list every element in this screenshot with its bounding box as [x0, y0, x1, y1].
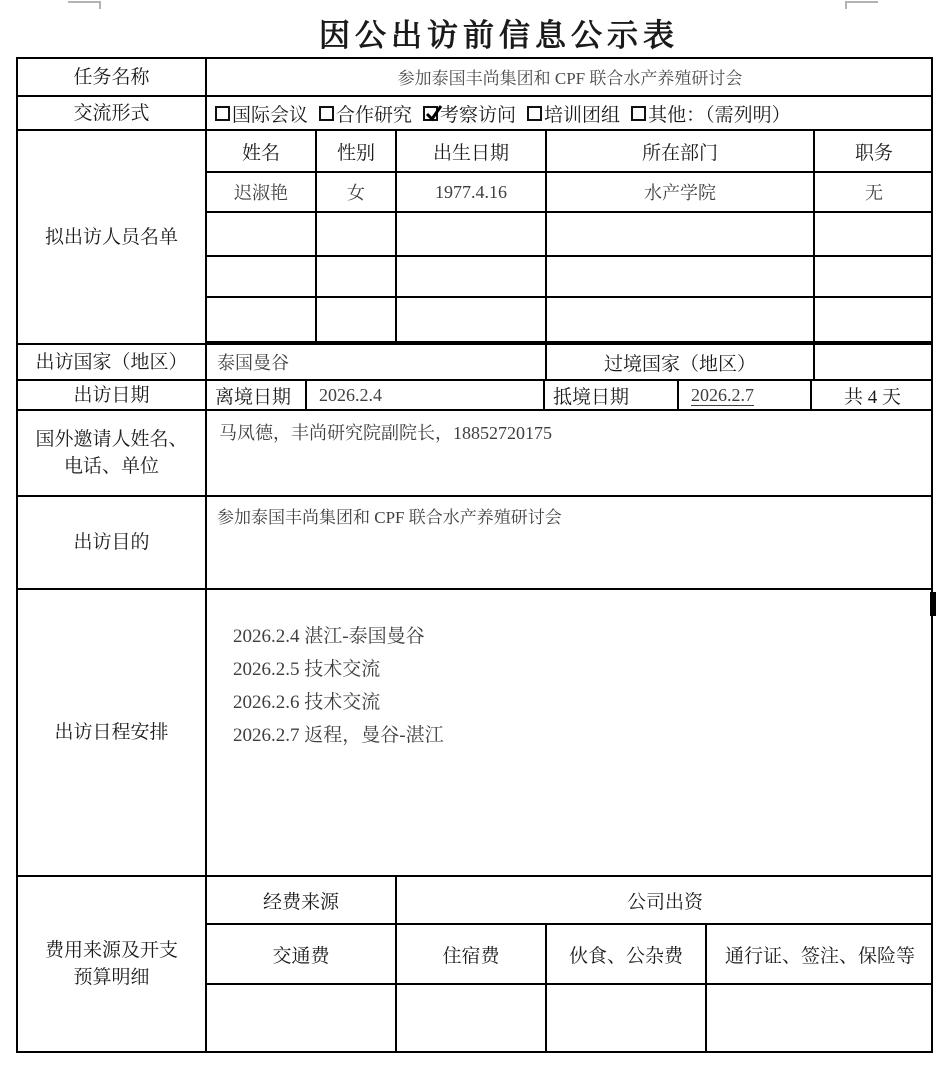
row-personnel: 拟出访人员名单 姓名 性别 出生日期 所在部门 职务 迟淑艳 女 1977.4.…	[18, 131, 931, 345]
budget-header-meals: 伙食、公杂费	[547, 925, 707, 983]
personnel-position-cell[interactable]	[815, 298, 933, 341]
personnel-row: 迟淑艳 女 1977.4.16 水产学院 无	[207, 173, 933, 213]
itinerary-label: 出访日程安排	[18, 590, 207, 875]
margin-mark-right	[845, 1, 878, 9]
budget-source-value[interactable]: 公司出资	[397, 877, 933, 923]
personnel-department-cell[interactable]: 水产学院	[547, 173, 815, 211]
personnel-gender-cell[interactable]	[317, 257, 397, 296]
budget-label: 费用来源及开支 预算明细	[18, 877, 207, 1051]
checkbox-option-label: 国际会议	[232, 100, 308, 127]
inviter-label: 国外邀请人姓名、 电话、单位	[18, 411, 207, 495]
itinerary-line: 2026.2.4 湛江-泰国曼谷	[233, 620, 425, 653]
purpose-value[interactable]: 参加泰国丰尚集团和 CPF 联合水产养殖研讨会	[207, 497, 933, 588]
personnel-department-cell[interactable]	[547, 298, 815, 341]
budget-visa-value[interactable]	[707, 985, 933, 1051]
personnel-header-birthdate: 出生日期	[397, 131, 547, 171]
personnel-table: 姓名 性别 出生日期 所在部门 职务 迟淑艳 女 1977.4.16 水产学院 …	[207, 131, 933, 343]
row-exchange-type: 交流形式 国际会议 合作研究 考察访问	[18, 97, 931, 131]
checkbox-icon[interactable]	[423, 106, 438, 121]
personnel-department-cell[interactable]	[547, 213, 815, 255]
budget-header-lodging: 住宿费	[397, 925, 547, 983]
checkbox-option: 国际会议	[215, 100, 308, 127]
personnel-birthdate-cell[interactable]	[397, 298, 547, 341]
duration-value: 共 4 天	[812, 381, 933, 409]
itinerary-line: 2026.2.6 技术交流	[233, 686, 380, 719]
personnel-header-gender: 性别	[317, 131, 397, 171]
personnel-gender-cell[interactable]	[317, 213, 397, 255]
exchange-type-options: 国际会议 合作研究 考察访问 培训团组	[207, 97, 933, 129]
personnel-row	[207, 257, 933, 298]
arrival-date-label: 抵境日期	[545, 381, 679, 409]
budget-meals-value[interactable]	[547, 985, 707, 1051]
personnel-birthdate-cell[interactable]: 1977.4.16	[397, 173, 547, 211]
checkbox-icon[interactable]	[319, 106, 334, 121]
margin-mark-left	[68, 1, 101, 9]
budget-table: 经费来源 公司出资 交通费 住宿费 伙食、公杂费 通行证、签注、保险等	[207, 877, 933, 1051]
departure-date-label: 离境日期	[207, 381, 307, 409]
personnel-position-cell[interactable]: 无	[815, 173, 933, 211]
transit-value[interactable]	[815, 345, 933, 379]
dates-label: 出访日期	[18, 381, 207, 409]
checkbox-option-label: 考察访问	[440, 100, 516, 127]
row-task-name: 任务名称 参加泰国丰尚集团和 CPF 联合水产养殖研讨会	[18, 59, 931, 97]
checkbox-option: 合作研究	[319, 100, 412, 127]
personnel-row	[207, 213, 933, 257]
task-name-value[interactable]: 参加泰国丰尚集团和 CPF 联合水产养殖研讨会	[207, 59, 933, 95]
checkbox-icon[interactable]	[527, 106, 542, 121]
checkbox-option-label: 合作研究	[336, 100, 412, 127]
row-inviter: 国外邀请人姓名、 电话、单位 马凤德，丰尚研究院副院长，18852720175	[18, 411, 931, 497]
row-budget: 费用来源及开支 预算明细 经费来源 公司出资 交通费 住宿费 伙食、公杂费 通行…	[18, 877, 931, 1051]
personnel-position-cell[interactable]	[815, 213, 933, 255]
checkbox-icon[interactable]	[631, 106, 646, 121]
personnel-label: 拟出访人员名单	[18, 131, 207, 343]
exchange-type-label: 交流形式	[18, 97, 207, 129]
personnel-header-row: 姓名 性别 出生日期 所在部门 职务	[207, 131, 933, 173]
checkbox-option-label: 培训团组	[544, 100, 620, 127]
personnel-birthdate-cell[interactable]	[397, 213, 547, 255]
budget-source-label: 经费来源	[207, 877, 397, 923]
departure-date-value[interactable]: 2026.2.4	[307, 381, 545, 409]
personnel-name-cell[interactable]	[207, 298, 317, 341]
arrival-date-value[interactable]: 2026.2.7	[679, 381, 812, 409]
inviter-value[interactable]: 马凤德，丰尚研究院副院长，18852720175	[207, 411, 933, 495]
task-name-label: 任务名称	[18, 59, 207, 95]
personnel-name-cell[interactable]	[207, 213, 317, 255]
checkbox-option: 考察访问	[423, 100, 516, 127]
personnel-gender-cell[interactable]: 女	[317, 173, 397, 211]
budget-header-row: 交通费 住宿费 伙食、公杂费 通行证、签注、保险等	[207, 925, 933, 985]
personnel-gender-cell[interactable]	[317, 298, 397, 341]
itinerary-line: 2026.2.5 技术交流	[233, 653, 380, 686]
row-itinerary: 出访日程安排 2026.2.4 湛江-泰国曼谷 2026.2.5 技术交流 20…	[18, 590, 931, 877]
budget-values-row	[207, 985, 933, 1051]
destination-value[interactable]: 泰国曼谷	[207, 345, 547, 379]
checkbox-option: 培训团组	[527, 100, 620, 127]
row-dates: 出访日期 离境日期 2026.2.4 抵境日期 2026.2.7 共 4 天	[18, 381, 931, 411]
budget-lodging-value[interactable]	[397, 985, 547, 1051]
personnel-position-cell[interactable]	[815, 257, 933, 296]
personnel-name-cell[interactable]	[207, 257, 317, 296]
page-title: 因公出访前信息公示表	[319, 10, 679, 55]
personnel-row	[207, 298, 933, 343]
budget-source-row: 经费来源 公司出资	[207, 877, 933, 925]
itinerary-line: 2026.2.7 返程，曼谷-湛江	[233, 719, 444, 752]
budget-header-transport: 交通费	[207, 925, 397, 983]
personnel-department-cell[interactable]	[547, 257, 815, 296]
checkbox-option: 其他：（需列明）	[631, 100, 791, 127]
form-table: 任务名称 参加泰国丰尚集团和 CPF 联合水产养殖研讨会 交流形式 国际会议 合…	[16, 57, 933, 1053]
personnel-body: 迟淑艳 女 1977.4.16 水产学院 无	[207, 173, 933, 343]
row-destination: 出访国家（地区） 泰国曼谷 过境国家（地区）	[18, 345, 931, 381]
personnel-header-position: 职务	[815, 131, 933, 171]
personnel-header-name: 姓名	[207, 131, 317, 171]
destination-label: 出访国家（地区）	[18, 345, 207, 379]
personnel-birthdate-cell[interactable]	[397, 257, 547, 296]
budget-header-visa: 通行证、签注、保险等	[707, 925, 933, 983]
checkbox-icon[interactable]	[215, 106, 230, 121]
personnel-name-cell[interactable]: 迟淑艳	[207, 173, 317, 211]
purpose-label: 出访目的	[18, 497, 207, 588]
row-purpose: 出访目的 参加泰国丰尚集团和 CPF 联合水产养殖研讨会	[18, 497, 931, 590]
itinerary-value[interactable]: 2026.2.4 湛江-泰国曼谷 2026.2.5 技术交流 2026.2.6 …	[207, 590, 933, 875]
transit-label: 过境国家（地区）	[547, 345, 815, 379]
personnel-header-department: 所在部门	[547, 131, 815, 171]
checkbox-option-label: 其他：（需列明）	[648, 100, 791, 127]
budget-transport-value[interactable]	[207, 985, 397, 1051]
